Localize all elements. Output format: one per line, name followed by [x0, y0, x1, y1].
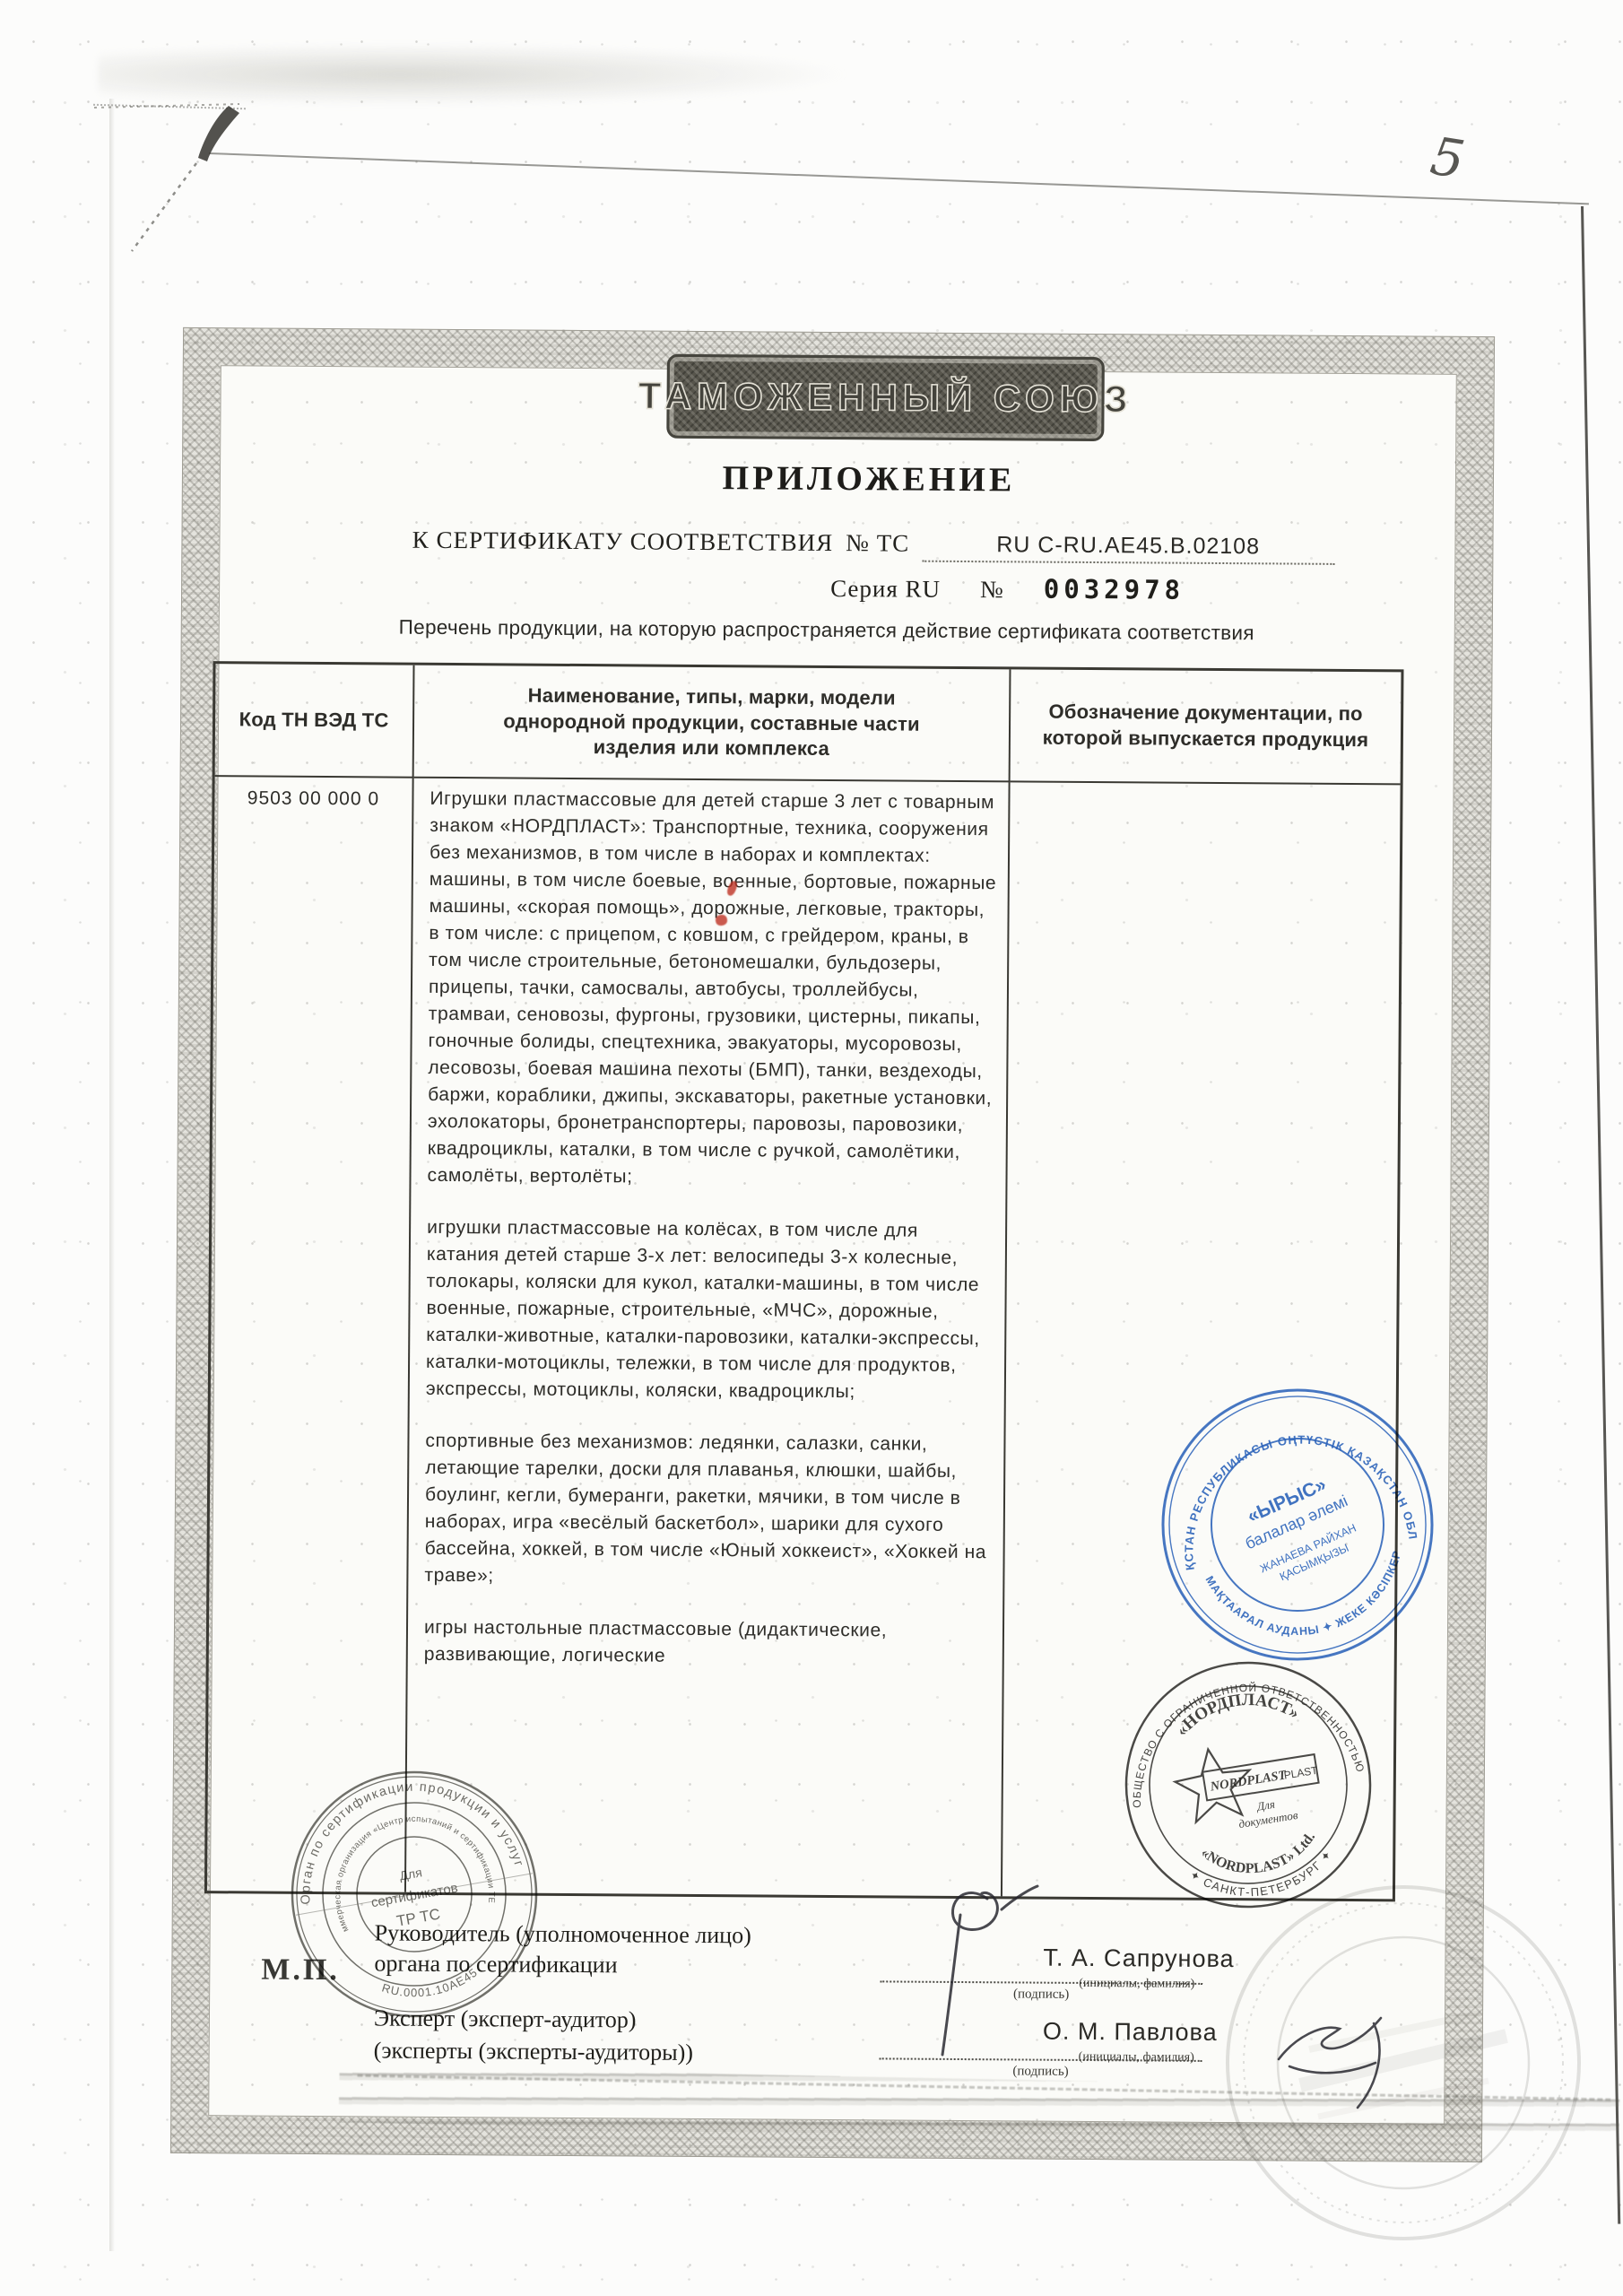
series-no-sign: № — [980, 576, 1004, 604]
row-code-cell: 9503 00 000 0 — [207, 777, 414, 1892]
stamp-kazakh-blue: ҚАЗАҚСТАН РЕСПУБЛИКАСЫ ОҢТҮСТІК ҚАЗАҚСТА… — [1141, 1368, 1454, 1682]
appendix-title: ПРИЛОЖЕНИЕ — [465, 457, 1272, 501]
stamp-center-text: сертификатов — [370, 1881, 459, 1911]
description-paragraph: машины, в том числе боевые, военные, бор… — [427, 866, 996, 1193]
expert-role-line2: (эксперты (эксперты-аудиторы)) — [374, 2034, 694, 2068]
description-paragraph: игры настольные пластмассовые (дидактиче… — [424, 1614, 992, 1672]
stamp-faint — [1219, 1879, 1587, 2247]
stamp-certification-body: Орган по сертификации продукции и услуг … — [269, 1749, 560, 2039]
series-number: 0032978 — [1044, 574, 1185, 605]
signer-name-head: Т. А. Сапрунова — [1043, 1944, 1234, 1973]
description-paragraph: спортивные без механизмов: ледянки, сала… — [424, 1428, 993, 1593]
customs-union-banner: ТАМОЖЕННЫЙ СОЮЗ — [666, 354, 1105, 441]
signature-ink-head — [901, 1879, 1063, 2067]
series-label: Серия RU — [830, 575, 941, 604]
stamp-center-text: Для — [398, 1865, 423, 1883]
column-header-documentation: Обозначение документации, по которой вып… — [1011, 669, 1402, 785]
scanned-page: 5 ТАМОЖЕННЫЙ СОЮЗ ПРИЛОЖЕНИЕ К СЕРТИФИКА… — [0, 0, 1623, 2296]
stamp-logo-suffix: PLAST — [1283, 1764, 1319, 1782]
fold-mark — [85, 90, 273, 269]
stamp-center-text: ТР ТС — [395, 1905, 442, 1929]
certificate-no-prefix: № ТС — [846, 529, 909, 557]
description-paragraph: игрушки пластмассовые на колёсах, в том … — [426, 1214, 994, 1406]
column-header-name: Наименование, типы, марки, модели одноро… — [414, 665, 1011, 783]
signer-name-expert: О. М. Павлова — [1043, 2018, 1218, 2047]
svg-text:RU.0001.10АЕ45: RU.0001.10АЕ45 — [378, 1964, 482, 2006]
column-header-code: Код ТН ВЭД ТС — [215, 664, 415, 778]
row-description-cell: Игрушки пластмассовые для детей старше 3… — [406, 778, 1011, 1897]
page-edge-top — [209, 152, 1589, 204]
stamp-reg-number: RU.0001.10АЕ45 — [378, 1964, 482, 2006]
certificate-line-label: К СЕРТИФИКАТУ СООТВЕТСТВИЯ — [412, 526, 834, 557]
name-caption-head: (инициалы, фамилия) — [1079, 1977, 1194, 1992]
description-paragraph: Игрушки пластмассовые для детей старше 3… — [430, 786, 998, 870]
customs-union-banner-text: ТАМОЖЕННЫЙ СОЮЗ — [638, 374, 1133, 421]
name-caption-expert: (инициалы, фамилия) — [1079, 2050, 1194, 2066]
page-edge-left — [109, 99, 115, 2251]
certificate-number: RU C-RU.AE45.B.02108 — [922, 532, 1334, 565]
handwritten-page-number: 5 — [1427, 126, 1469, 191]
